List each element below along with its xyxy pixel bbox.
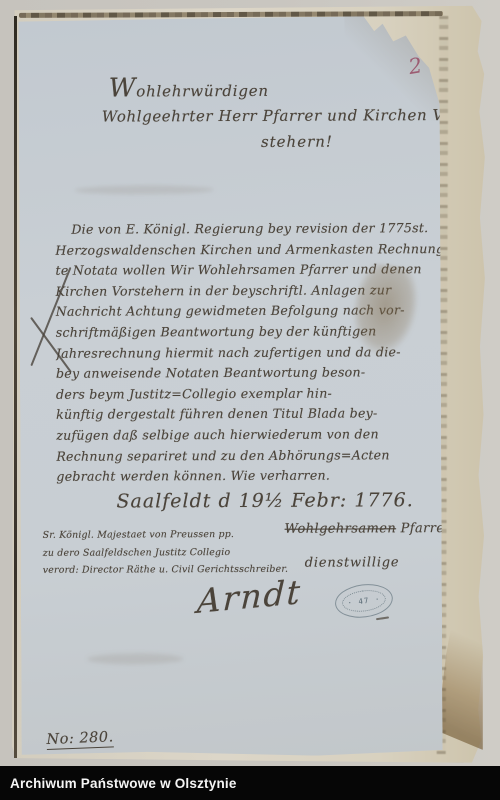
stamp-number: · 47 ·	[341, 588, 387, 614]
letter-line: ders beym Justitz=Collegio exemplar hin-	[56, 383, 443, 405]
salutation-line-3: stehern!	[261, 133, 333, 151]
closing-line: Wohlgehrsamen Pfarrers	[285, 521, 443, 537]
archive-stamp: · 47 ·	[333, 581, 395, 621]
viewer-footer: Archiwum Państwowe w Olsztynie	[0, 766, 500, 800]
closing-line-2: dienstwillige	[305, 555, 400, 570]
salutation-line-2: Wohlgeehrter Herr Pfarrer und Kirchen Vo…	[102, 106, 443, 126]
letter-line: Die von E. Königl. Regierung bey revisio…	[55, 218, 442, 240]
viewer-footer-label: Archiwum Państwowe w Olsztynie	[10, 776, 237, 791]
struck-word: Wohlgehrsamen	[285, 521, 397, 536]
paper-smudge	[74, 185, 214, 195]
signature-arndt: Arndt	[196, 572, 303, 621]
letter-line: künftig dergestalt führen denen Titul Bl…	[56, 403, 443, 425]
manuscript-page: Wohlehrwürdigen Wohlgeehrter Herr Pfarre…	[18, 16, 442, 757]
dateline: Saalfeldt d 19½ Febr: 1776.	[116, 489, 413, 512]
sender-line: Sr. Königl. Majestaet von Preussen pp.	[43, 526, 288, 545]
pen-mark	[376, 616, 389, 620]
paper-smudge	[87, 653, 183, 664]
sender-block: Sr. Königl. Majestaet von Preussen pp. z…	[43, 526, 289, 580]
letter-line: gebracht werden können. Wie verharren.	[56, 465, 442, 487]
letter-line: Herzogswaldenschen Kirchen und Armenkast…	[55, 239, 442, 261]
closing-title-word: Pfarrers	[401, 521, 443, 536]
sender-line: zu dero Saalfeldschen Justitz Collegio	[43, 543, 288, 562]
letter-line: zufügen daß selbige auch hierwiederum vo…	[56, 424, 442, 446]
archive-scan-viewer: Wohlehrwürdigen Wohlgeehrter Herr Pfarre…	[0, 0, 500, 800]
binding-edge	[14, 16, 17, 758]
salutation-line-1: Wohlehrwürdigen	[109, 73, 269, 104]
letter-line: Rechnung separiret und zu den Abhörungs=…	[56, 445, 442, 467]
archival-number: No: 280.	[46, 729, 114, 750]
letter-line: bey anweisende Notaten Beantwortung beso…	[56, 362, 443, 384]
